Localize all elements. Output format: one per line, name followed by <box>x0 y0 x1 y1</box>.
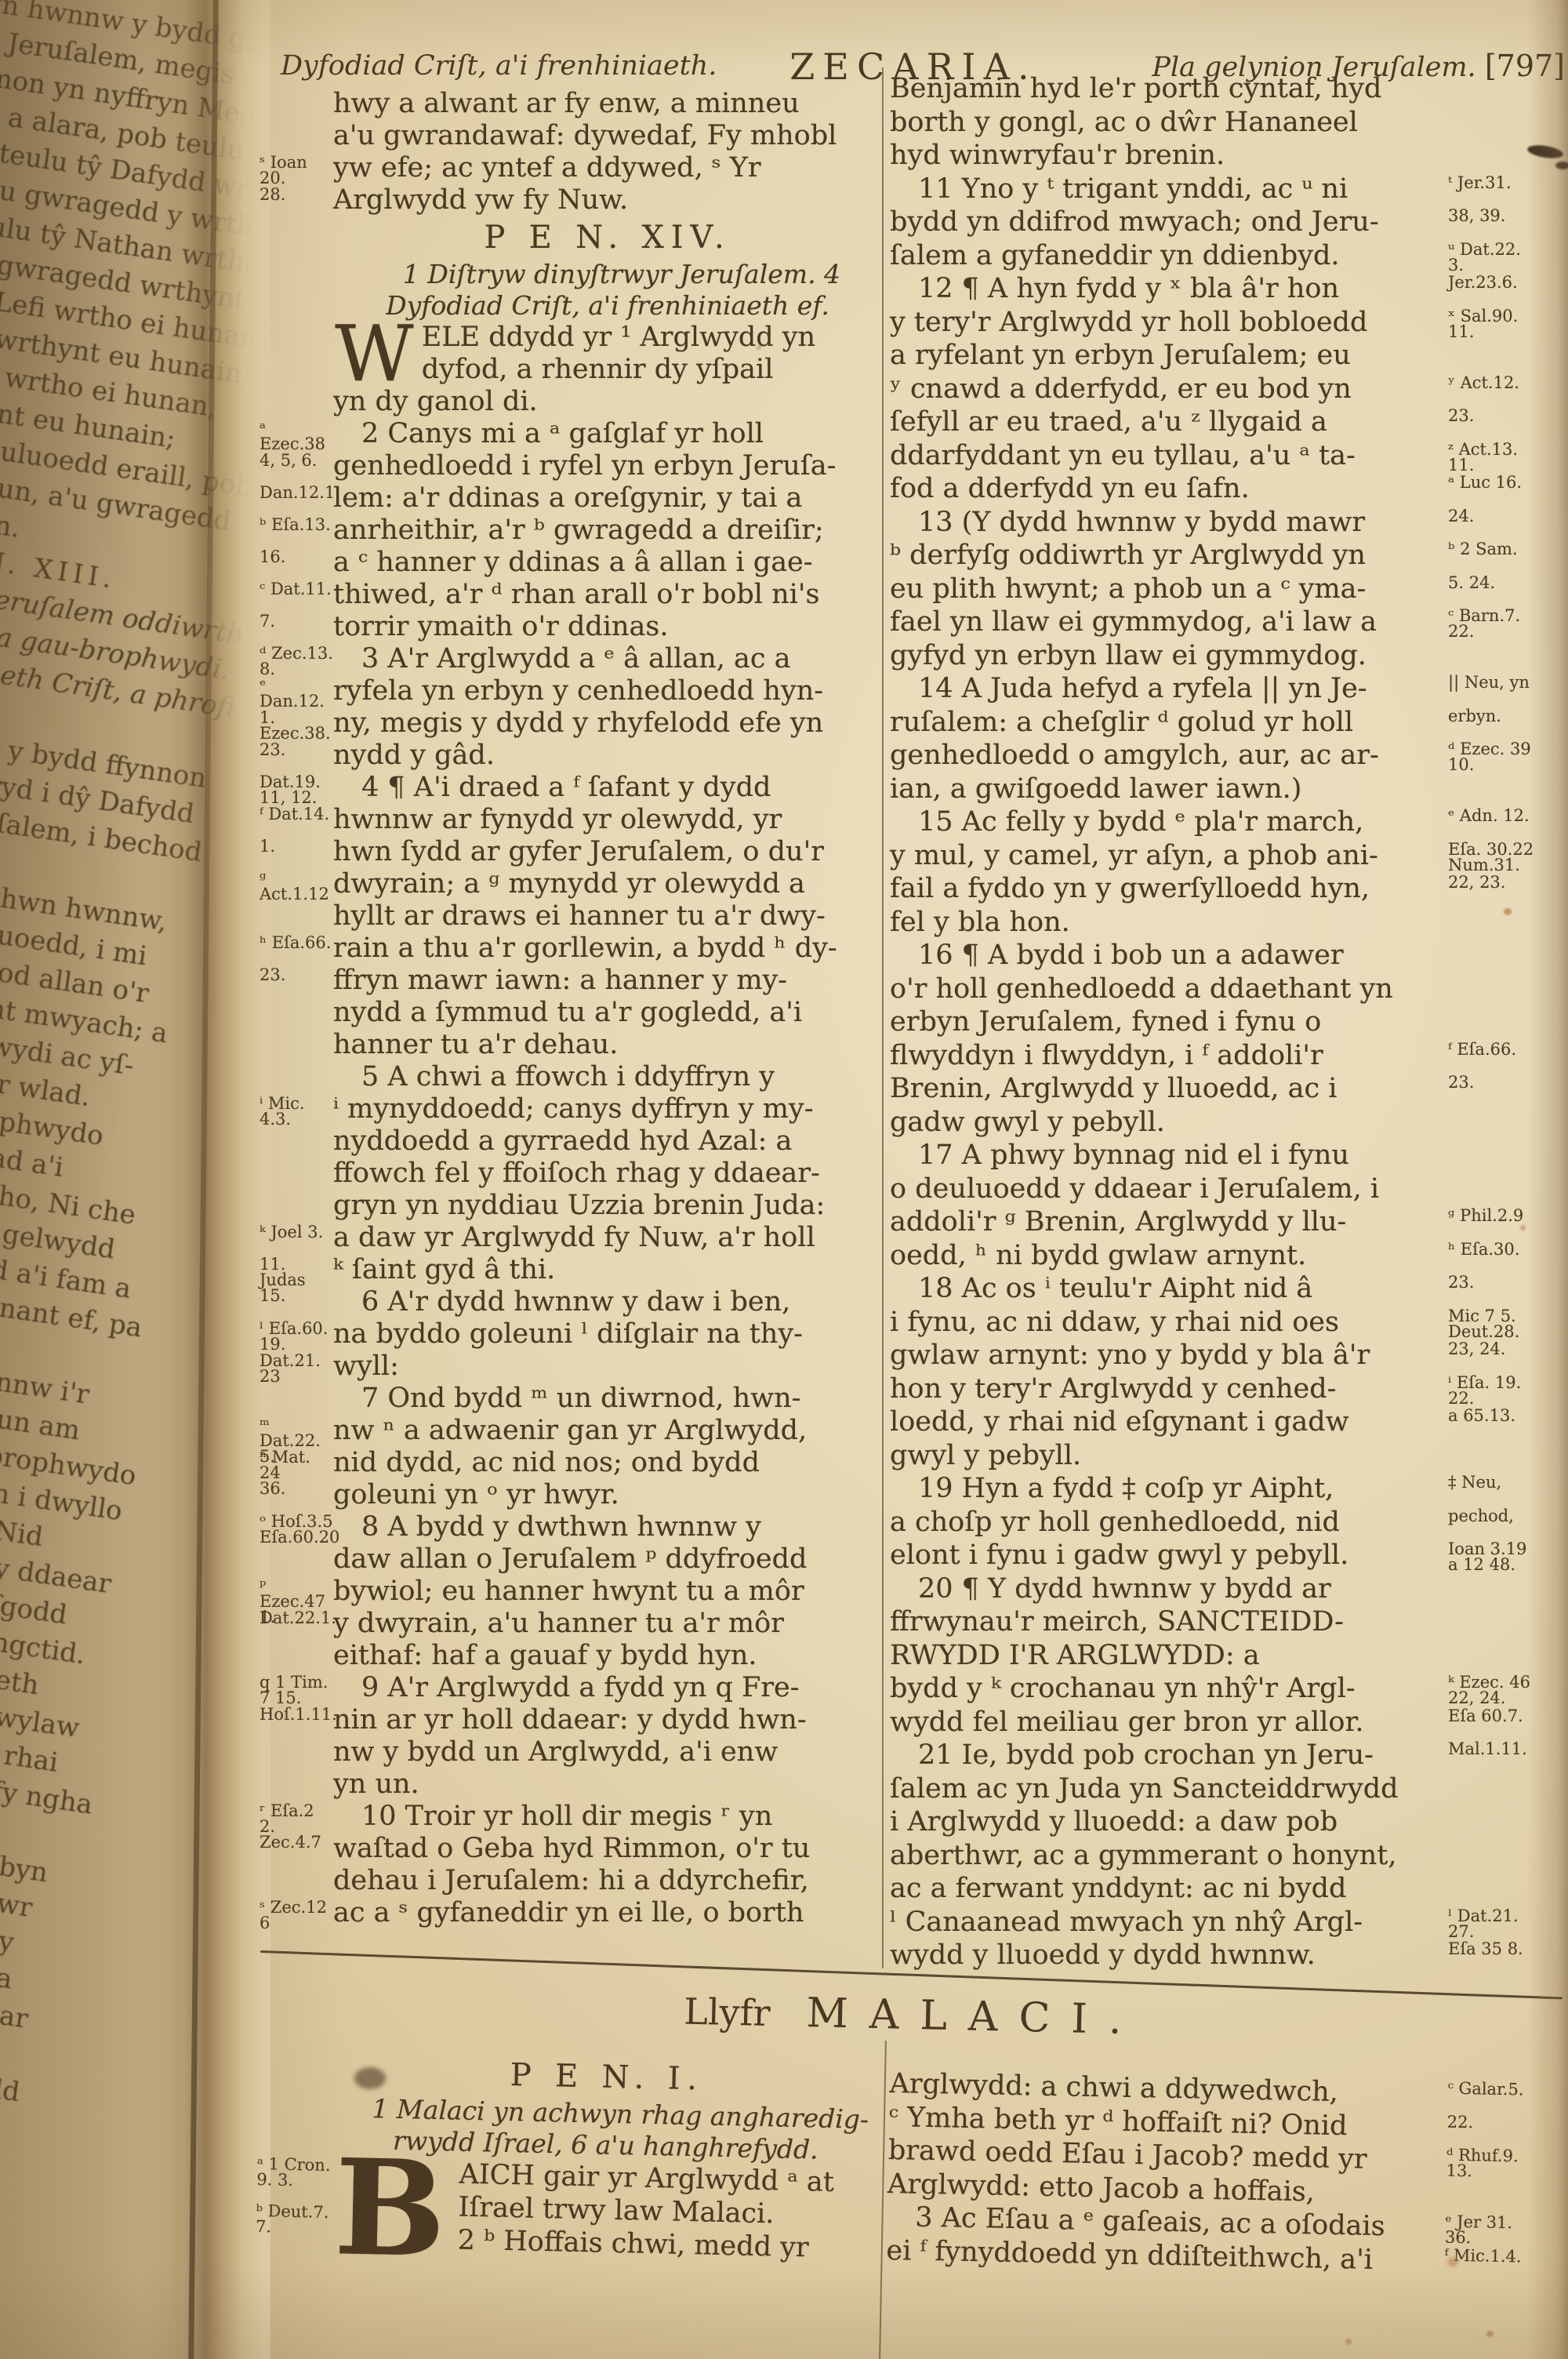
verse-line: 7 Ond bydd ᵐ un diwrnod, hwn- <box>333 1383 882 1415</box>
verse-row: eithaf: haf a gauaf y bydd hyn. <box>259 1640 882 1672</box>
verse-line: goleuni yn ᵒ yr hwyr. <box>333 1479 882 1511</box>
verse-row: o'r holl genhedloedd a ddaethant yn <box>890 972 1566 1006</box>
margin-note: 28. <box>259 184 333 216</box>
verse-row: ac a ferwant ynddynt: ac ni bydd <box>890 1872 1566 1906</box>
margin-note: ᵃ Luc 16. <box>1439 472 1566 506</box>
verse-line: ddarfyddant yn eu tyllau, a'u ᵃ ta- <box>890 439 1439 473</box>
verse-line: gryn yn nyddiau Uzzia brenin Juda: <box>333 1190 882 1222</box>
verse-line: a ryfelant yn erbyn Jeruſalem; eu <box>890 339 1439 373</box>
verse-line: rain a thu a'r gorllewin, a bydd ʰ dy- <box>333 932 882 965</box>
verse-row: ᵐ Dat.22. 5.nw ⁿ a adwaenir gan yr Arglw… <box>259 1415 882 1447</box>
verse-row: gwyl y pebyll. <box>890 1439 1566 1473</box>
verse-line: 8 A bydd y dwthwn hwnnw y <box>333 1511 882 1545</box>
verse-line: ˡ Canaanead mwyach yn nhŷ Argl- <box>890 1906 1439 1939</box>
verse-line: 2 Canys mi a ᵃ gaſglaf yr holl <box>333 418 882 452</box>
margin-note: Eſa 60.7. <box>1439 1706 1566 1739</box>
margin-note <box>1436 2178 1564 2214</box>
verse-line: fod a dderfydd yn eu ſafn. <box>890 472 1439 506</box>
verse-row: RWYDD I'R ARGLWYDD: a <box>890 1639 1566 1673</box>
margin-note: ᶜ Galar.5. <box>1438 2077 1566 2114</box>
margin-note <box>1439 906 1566 940</box>
verse-line: Brenin, Arglwydd y lluoedd, ac i <box>890 1072 1439 1106</box>
margin-note <box>1439 1639 1566 1673</box>
verse-row: ſefyll ar eu traed, a'u ᶻ llygaid a23. <box>890 405 1566 439</box>
verse-line: a daw yr Arglwydd fy Nuw, a'r holl <box>333 1222 882 1254</box>
margin-note: 24. <box>1439 506 1566 540</box>
margin-note: Dat.22.1. <box>259 1608 333 1640</box>
verse-line: erbyn Jeruſalem, fyned i fynu o <box>890 1005 1439 1039</box>
margin-note <box>259 997 333 1029</box>
margin-note: 7. <box>259 611 333 643</box>
verse-line: ac a ferwant ynddynt: ac ni bydd <box>890 1872 1439 1906</box>
verse-row: 13 (Y dydd hwnnw y bydd mawr24. <box>890 506 1566 540</box>
verse-line: ᵇ derfyſg oddiwrth yr Arglwydd yn <box>890 539 1439 572</box>
margin-note: ʸ Act.12. <box>1439 373 1566 406</box>
verse-row: 16 ¶ A bydd i bob un a adawer <box>890 939 1566 972</box>
verse-row: addoli'r ᵍ Brenin, Arglwydd y llu-ᵍ Phil… <box>890 1205 1566 1239</box>
margin-note: ᵃ Ezec.38 <box>259 418 333 452</box>
verse-row: hwy a alwant ar fy enw, a minneu <box>259 88 882 120</box>
margin-note: ˢ Ioan 20. <box>259 152 333 186</box>
margin-note: ᵒ Hoſ.3.5 Eſa.60.20 <box>259 1511 333 1545</box>
verse-row: i Arglwydd y lluoedd: a daw pob <box>890 1805 1566 1839</box>
margin-note: q 1 Tim. 7 15. <box>259 1672 333 1706</box>
chapter-argument: Dyfodiad Criſt, a'i frenhiniaeth ef. <box>333 290 882 322</box>
margin-note <box>257 2091 332 2124</box>
verse-row: ᶠ Dat.14.hwnnw ar fynydd yr olewydd, yr <box>259 804 882 836</box>
margin-note: ᵉ Adn. 12. <box>1439 805 1566 839</box>
verse-line: elont i fynu i gadw gwyl y pebyll. <box>890 1539 1439 1572</box>
chapter-argument: 1 Diſtryw dinyſtrwyr Jeruſalem. 4 <box>333 259 882 290</box>
margin-note: 22. <box>1437 2111 1565 2147</box>
verse-line: hwn ſydd ar gyfer Jeruſalem, o du'r <box>333 836 882 868</box>
verse-line: nyddoedd a gyrraedd hyd Azal: a <box>333 1125 882 1158</box>
drop-cap-letter: B <box>328 2155 459 2257</box>
margin-note: 23. <box>1439 1072 1566 1106</box>
verse-row: borth y gongl, ac o dŵr Hananeel <box>890 106 1566 140</box>
margin-note: 23. <box>259 965 333 997</box>
margin-note: 4, 5, 6. <box>259 450 333 482</box>
margin-note: ᵍ Act.1.12 <box>259 868 333 902</box>
verse-line: a ᶜ hanner y ddinas a â allan i gae- <box>333 547 882 579</box>
column-divider-rule <box>882 67 884 1968</box>
verse-line: a choſp yr holl genhedloedd, nid <box>890 1506 1439 1539</box>
verse-line: 11 Yno y ᵗ trigant ynddi, ac ᵘ ni <box>890 173 1439 206</box>
verse-row: ʳ Eſa.2 2. Zec.4.710 Troir yr holl dir m… <box>259 1801 882 1833</box>
verse-row: ʸ cnawd a dderfydd, er eu bod ynʸ Act.12… <box>890 373 1566 406</box>
margin-note <box>259 216 333 259</box>
verse-row: ian, a gwiſgoedd lawer iawn.) <box>890 772 1566 806</box>
verse-row: 17 A phwy bynnag nid el i fynu <box>890 1139 1566 1172</box>
margin-note: ᵃ 1 Cron. 9. 3. ᵇ Deut.7. 7. <box>254 2154 331 2254</box>
verse-row: gwlaw arnynt: yno y bydd y bla â'r23, 24… <box>890 1339 1566 1372</box>
verse-line: 5 A chwi a ffowch i ddyffryn y <box>333 1061 882 1093</box>
verse-row: 16.a ᶜ hanner y ddinas a â allan i gae- <box>259 547 882 579</box>
gutter-previous-page: thwn hwnnw y bydd gar yn Jeruſalem, megi… <box>0 0 270 2359</box>
verse-row: Brenin, Arglwydd y lluoedd, ac i23. <box>890 1072 1566 1106</box>
verse-row: 28.Arglwydd yw fy Nuw. <box>259 184 882 216</box>
previous-page-text: thwn hwnnw y bydd gar yn Jeruſalem, megi… <box>0 0 270 2332</box>
margin-note <box>1439 1439 1566 1473</box>
verse-line: 15 Ac felly y bydd ᵉ pla'r march, <box>890 805 1439 839</box>
verse-row: hyllt ar draws ei hanner tu a'r dwy- <box>259 900 882 932</box>
verse-row: yn un. <box>259 1768 882 1801</box>
verse-line: 12 ¶ A hyn fydd y ˣ bla â'r hon <box>890 272 1439 306</box>
verse-row: 4, 5, 6.genhedloedd i ryfel yn erbyn Jer… <box>259 450 882 482</box>
verse-line: ſalem ac yn Juda yn Sancteiddrwydd <box>890 1772 1439 1806</box>
verse-line: addoli'r ᵍ Brenin, Arglwydd y llu- <box>890 1205 1439 1239</box>
margin-note: || Neu, yn <box>1439 672 1566 706</box>
verse-line: hyd winwryfau'r brenin. <box>890 139 1439 173</box>
verse-row: waſtad o Geba hyd Rimmon, o'r tu <box>259 1833 882 1865</box>
margin-note: ᶠ Dat.14. <box>259 804 333 836</box>
verse-row: ⁱ Mic. 4.3.ⁱ mynyddoedd; canys dyffryn y… <box>259 1093 882 1125</box>
scanned-page: thwn hwnnw y bydd gar yn Jeruſalem, megi… <box>0 0 1568 2359</box>
margin-note <box>1439 1839 1566 1873</box>
verse-row: ᵇ derfyſg oddiwrth yr Arglwydd ynᵇ 2 Sam… <box>890 539 1566 572</box>
margin-note <box>259 88 333 120</box>
verse-row: ˡ Eſa.60. 19.na byddo goleuni ˡ diſglair… <box>259 1318 882 1350</box>
margin-note: Dat.21. 23 <box>259 1350 333 1384</box>
verse-row: hyd winwryfau'r brenin. <box>890 139 1566 173</box>
verse-line: waſtad o Geba hyd Rimmon, o'r tu <box>333 1833 882 1865</box>
margin-note: ˣ Sal.90. 11. <box>1439 306 1566 340</box>
verse-line: ffryn mawr iawn: a hanner y my- <box>333 965 882 997</box>
verse-row: ᵇ Eſa.13.anrheithir, a'r ᵇ gwragedd a dr… <box>259 514 882 547</box>
margin-note: ᵘ Dat.22. 3. <box>1439 239 1566 273</box>
verse-row: ᵍ Act.1.12dwyrain; a ᵍ mynydd yr olewydd… <box>259 868 882 900</box>
margin-note: Ioan 3.19 a 12 48. <box>1439 1539 1566 1572</box>
margin-note: 1. <box>259 836 333 868</box>
verse-row: hanner tu a'r dehau. <box>259 1029 882 1061</box>
margin-note: ᶠ Eſa.66. <box>1439 1039 1566 1073</box>
margin-note: ⁱ Mic. 4.3. <box>259 1093 333 1127</box>
verse-line: Benjamin hyd le'r porth cyntaf, hyd <box>890 72 1439 106</box>
verse-row: loedd, y rhai nid eſgynant i gadwa 65.13… <box>890 1405 1566 1439</box>
verse-line: 6 A'r dydd hwnnw y daw i ben, <box>333 1286 882 1318</box>
verse-row: elont i fynu i gadw gwyl y pebyll.Ioan 3… <box>890 1539 1566 1572</box>
margin-note: ᶠ Mic.1.4. <box>1435 2245 1563 2281</box>
verse-line: lem: a'r ddinas a oreſgynir, y tai a <box>333 482 882 514</box>
margin-note: ‡ Neu, <box>1439 1472 1566 1506</box>
margin-note <box>259 1158 333 1190</box>
verse-row: dehau i Jeruſalem: hi a ddyrchefir, <box>259 1865 882 1897</box>
verse-row: 1.hwn ſydd ar gyfer Jeruſalem, o du'r <box>259 836 882 868</box>
verse-line: y dwyrain, a'u hanner tu a'r môr <box>333 1608 882 1640</box>
verse-row: bydd yn ddifrod mwyach; ond Jeru-38, 39. <box>890 205 1566 239</box>
verse-line: wyll: <box>333 1350 882 1384</box>
verse-row: wydd fel meiliau ger bron yr allor.Eſa 6… <box>890 1706 1566 1739</box>
verse-line: y tery'r Arglwydd yr holl bobloedd <box>890 306 1439 340</box>
verse-line: hwnnw ar fynydd yr olewydd, yr <box>333 804 882 836</box>
verse-row: 1. Ezec.38.ny, megis y dydd y rhyfelodd … <box>259 707 882 740</box>
margin-note: erbyn. <box>1439 706 1566 740</box>
margin-note <box>1439 1172 1566 1206</box>
verse-row: WELE ddydd yr ¹ Arglwydd yndyfod, a rhen… <box>259 322 882 418</box>
verse-line: a'u gwrandawaf: dywedaf, Fy mhobl <box>333 120 882 152</box>
verse-row: fel y bla hon. <box>890 906 1566 940</box>
margin-note: Mic 7 5. Deut.28. <box>1439 1306 1566 1339</box>
verse-line: 4 ¶ A'i draed a ᶠ ſafant y dydd <box>333 772 882 805</box>
verse-line: yw efe; ac yntef a ddywed, ˢ Yr <box>333 152 882 186</box>
verse-row: ˢ Zec.12 6ac a ˢ gyfaneddir yn ei lle, o… <box>259 1897 882 1929</box>
verse-row: y mul, y camel, yr aſyn, a phob ani-Eſa.… <box>890 839 1566 873</box>
margin-note <box>1439 1572 1566 1606</box>
margin-note: 16. <box>259 547 333 579</box>
margin-note: ᵈ Zec.13. 8. <box>259 643 333 677</box>
verse-line: o'r holl genhedloedd a ddaethant yn <box>890 972 1439 1006</box>
verse-line: daw allan o Jeruſalem ᵖ ddyfroedd <box>333 1543 882 1576</box>
margin-note: ᵏ Joel 3. <box>259 1222 333 1254</box>
margin-note <box>259 1479 333 1511</box>
verse-line: 18 Ac os ⁱ teulu'r Aipht nid â <box>890 1272 1439 1306</box>
margin-note <box>259 1029 333 1061</box>
margin-note: Eſa 35 8. <box>1439 1939 1566 1972</box>
verse-line: ſefyll ar eu traed, a'u ᶻ llygaid a <box>890 405 1439 439</box>
verse-row: eu plith hwynt; a phob un a ᶜ yma-5. 24. <box>890 572 1566 606</box>
margin-note <box>259 322 333 418</box>
malachi-heading-word: MALACI. <box>806 1990 1143 2044</box>
margin-note: Dan.12.1. <box>259 482 333 514</box>
dropcap-paragraph: BAICH gair yr Arglwydd ᵃ atIſrael trwy l… <box>328 2155 880 2266</box>
verse-row: 11 Yno y ᵗ trigant ynddi, ac ᵘ niᵗ Jer.3… <box>890 173 1566 206</box>
verse-line: hanner tu a'r dehau. <box>333 1029 882 1061</box>
verse-row: wydd y lluoedd y dydd hwnnw.Eſa 35 8. <box>890 1939 1566 1972</box>
margin-note <box>259 259 333 290</box>
verse-row: ᶜ Dat.11.thiwed, a'r ᵈ rhan arall o'r bo… <box>259 579 882 611</box>
verse-line: ny, megis y dydd y rhyfelodd efe yn <box>333 707 882 741</box>
zechariah-left-column: hwy a alwant ar fy enw, a minneua'u gwra… <box>259 88 882 1929</box>
verse-line: 21 Ie, bydd pob crochan yn Jeru- <box>890 1739 1439 1772</box>
margin-note <box>259 1833 333 1865</box>
margin-note <box>259 1286 333 1318</box>
verse-row: fod a dderfydd yn eu ſafn.ᵃ Luc 16. <box>890 472 1566 506</box>
verse-row: aberthwr, ac a gymmerant o honynt, <box>890 1839 1566 1873</box>
verse-row: 15 Ac felly y bydd ᵉ pla'r march,ᵉ Adn. … <box>890 805 1566 839</box>
verse-line: oedd, ʰ ni bydd gwlaw arnynt. <box>890 1239 1439 1273</box>
verse-row: Dan.12.1.lem: a'r ddinas a oreſgynir, y … <box>259 482 882 514</box>
drop-cap-letter: W <box>333 322 422 386</box>
margin-note: a 65.13. <box>1439 1405 1566 1439</box>
verse-row: ᵖ Ezec.47 1.bywiol; eu hanner hwynt tu a… <box>259 1576 882 1608</box>
foxing-spot <box>1486 2331 1494 2337</box>
verse-line: RWYDD I'R ARGLWYDD: a <box>890 1639 1439 1673</box>
margin-note: 38, 39. <box>1439 205 1566 239</box>
margin-note: ⁱ Eſa. 19. 22. <box>1439 1372 1566 1406</box>
verse-line: bydd y ᵏ crochanau yn nhŷ'r Argl- <box>890 1672 1439 1706</box>
verse-line: ryfela yn erbyn y cenhedloedd hyn- <box>333 675 882 709</box>
margin-note: ᶻ Act.13. 11. <box>1439 439 1566 473</box>
margin-note: ᵉ Jer 31. 36. <box>1436 2211 1563 2247</box>
verse-row: o deuluoedd y ddaear i Jeruſalem, i <box>890 1172 1566 1206</box>
margin-note <box>1439 139 1566 173</box>
margin-note: ᶜ Dat.11. <box>259 579 333 611</box>
verse-row: q 1 Tim. 7 15.9 A'r Arglwydd a fydd yn q… <box>259 1672 882 1704</box>
verse-line: dehau i Jeruſalem: hi a ddyrchefir, <box>333 1865 882 1897</box>
verse-row: 5 A chwi a ffowch i ddyffryn y <box>259 1061 882 1093</box>
verse-row: ſalem a gyfaneddir yn ddienbyd.ᵘ Dat.22.… <box>890 239 1566 273</box>
verse-row: 14 A Juda hefyd a ryfela || yn Je-|| Neu… <box>890 672 1566 706</box>
verse-line: o deuluoedd y ddaear i Jeruſalem, i <box>890 1172 1439 1206</box>
verse-line: aberthwr, ac a gymmerant o honynt, <box>890 1839 1439 1873</box>
margin-note: Jer.23.6. <box>1439 272 1566 306</box>
verse-line: 13 (Y dydd hwnnw y bydd mawr <box>890 506 1439 540</box>
margin-note: ᶜ Barn.7. 22. <box>1439 605 1566 639</box>
margin-note <box>259 1383 333 1415</box>
verse-row: 23.nydd y gâd. <box>259 740 882 772</box>
verse-row: ⁿ Mat. 24 36.nid dydd, ac nid nos; ond b… <box>259 1447 882 1479</box>
verse-line: na byddo goleuni ˡ diſglair na thy- <box>333 1318 882 1352</box>
verse-row: gadw gwyl y pebyll. <box>890 1106 1566 1140</box>
verse-line: gyfyd yn erbyn llaw ei gymmydog. <box>890 639 1439 673</box>
margin-note <box>1439 339 1566 373</box>
verse-line: ſalem a gyfaneddir yn ddienbyd. <box>890 239 1439 273</box>
verse-row: daw allan o Jeruſalem ᵖ ddyfroedd <box>259 1543 882 1576</box>
verse-row: Hoſ.1.11.nin ar yr holl ddaear: y dydd h… <box>259 1704 882 1736</box>
margin-note: ˢ Zec.12 6 <box>259 1897 333 1931</box>
verse-row: nw y bydd un Arglwydd, a'i enw <box>259 1736 882 1768</box>
verse-row: gryn yn nyddiau Uzzia brenin Juda: <box>259 1190 882 1222</box>
verse-line: torrir ymaith o'r ddinas. <box>333 611 882 643</box>
foxing-spot <box>1345 2339 1352 2345</box>
verse-row: ᵈ Zec.13. 8.3 A'r Arglwydd a ᵉ â allan, … <box>259 643 882 675</box>
margin-note <box>1439 939 1566 972</box>
verse-line: nydd y gâd. <box>333 740 882 772</box>
margin-note: ᵏ Ezec. 46 22, 24. <box>1439 1672 1566 1706</box>
verse-row: Benjamin hyd le'r porth cyntaf, hyd <box>890 72 1566 106</box>
verse-line: hyllt ar draws ei hanner tu a'r dwy- <box>333 900 882 932</box>
margin-note <box>1439 1772 1566 1806</box>
verse-line: nw y bydd un Arglwydd, a'i enw <box>333 1736 882 1768</box>
verse-line: nydd a ſymmud tu a'r gogledd, a'i <box>333 997 882 1029</box>
verse-line: ac a ˢ gyfaneddir yn ei lle, o borth <box>333 1897 882 1931</box>
verse-line: hon y tery'r Arglwydd y cenhed- <box>890 1372 1439 1406</box>
margin-note <box>1439 106 1566 140</box>
verse-line: fel y bla hon. <box>890 906 1439 940</box>
verse-line: gadw gwyl y pebyll. <box>890 1106 1439 1140</box>
verse-line: nin ar yr holl ddaear: y dydd hwn- <box>333 1704 882 1736</box>
margin-note: pechod, <box>1439 1506 1566 1539</box>
malachi-heading-prefix: Llyfr <box>684 1990 771 2034</box>
verse-row: ddarfyddant yn eu tyllau, a'u ᵃ ta-ᶻ Act… <box>890 439 1566 473</box>
verse-line: thiwed, a'r ᵈ rhan arall o'r bobl ni's <box>333 579 882 611</box>
verse-row: Dat.21. 23wyll: <box>259 1350 882 1383</box>
verse-row: ruſalem: a cheſglir ᵈ golud yr hollerbyn… <box>890 706 1566 740</box>
margin-note: Hoſ.1.11. <box>259 1704 333 1736</box>
verse-line: ruſalem: a cheſglir ᵈ golud yr holl <box>890 706 1439 740</box>
margin-note <box>259 1125 333 1158</box>
verse-line: 20 ¶ Y dydd hwnnw y bydd ar <box>890 1572 1439 1606</box>
verse-row: fael yn llaw ei gymmydog, a'i law aᶜ Bar… <box>890 605 1566 639</box>
verse-row: gyfyd yn erbyn llaw ei gymmydog. <box>890 639 1566 673</box>
margin-note: 23. <box>259 740 333 772</box>
verse-line: ⁱ mynyddoedd; canys dyffryn y my- <box>333 1093 882 1127</box>
margin-note: Eſa. 30.22 Num.31. <box>1439 839 1566 873</box>
verse-row: ffowch fel y ffoiſoch rhag y ddaear- <box>259 1158 882 1190</box>
verse-row: goleuni yn ᵒ yr hwyr. <box>259 1479 882 1511</box>
margin-note: 5. 24. <box>1439 572 1566 606</box>
dropcap-paragraph: WELE ddydd yr ¹ Arglwydd yndyfod, a rhen… <box>333 322 882 418</box>
margin-note <box>256 2122 332 2155</box>
malachi-right-column: Arglwydd: a chwi a ddywedwch,ᶜ Galar.5.ᶜ… <box>886 2067 1566 2281</box>
verse-row: a ryfelant yn erbyn Jeruſalem; eu <box>890 339 1566 373</box>
margin-note <box>259 900 333 932</box>
margin-note: ᵈ Ezec. 39 10. <box>1439 739 1566 772</box>
margin-note <box>1439 1805 1566 1839</box>
verse-line: ffrwynau'r meirch, SANCTEIDD- <box>890 1605 1439 1639</box>
verse-row: ʰ Eſa.66.rain a thu a'r gorllewin, a byd… <box>259 932 882 965</box>
verse-row: i fynu, ac ni ddaw, y rhai nid oesMic 7 … <box>890 1306 1566 1339</box>
verse-line: eu plith hwynt; a phob un a ᶜ yma- <box>890 572 1439 606</box>
margin-note: ᵇ Eſa.13. <box>259 514 333 547</box>
verse-row: 11. Judas 15.ᵏ ſaint gyd â thi. <box>259 1254 882 1286</box>
verse-line: anrheithir, a'r ᵇ gwragedd a dreiſir; <box>333 514 882 547</box>
margin-note <box>259 1865 333 1897</box>
margin-note <box>1439 1005 1566 1039</box>
margin-note: ᵇ 2 Sam. <box>1439 539 1566 572</box>
verse-row: ˢ Ioan 20.yw efe; ac yntef a ddywed, ˢ Y… <box>259 152 882 184</box>
verse-row: ᵏ Joel 3.a daw yr Arglwydd fy Nuw, a'r h… <box>259 1222 882 1254</box>
verse-row: ᵒ Hoſ.3.5 Eſa.60.208 A bydd y dwthwn hwn… <box>259 1511 882 1543</box>
verse-row: Dat.22.1.y dwyrain, a'u hanner tu a'r mô… <box>259 1608 882 1640</box>
verse-row: nyddoedd a gyrraedd hyd Azal: a <box>259 1125 882 1158</box>
margin-note <box>259 1190 333 1222</box>
verse-line: loedd, y rhai nid eſgynant i gadw <box>890 1405 1439 1439</box>
verse-row: 20 ¶ Y dydd hwnnw y bydd ar <box>890 1572 1566 1606</box>
verse-line: bydd yn ddifrod mwyach; ond Jeru- <box>890 205 1439 239</box>
verse-row: ᵉ Dan.12.ryfela yn erbyn y cenhedloedd h… <box>259 675 882 707</box>
margin-note <box>1439 639 1566 673</box>
verse-row: a choſp yr holl genhedloedd, nidpechod, <box>890 1506 1566 1539</box>
margin-note <box>258 2048 333 2092</box>
margin-note: ˡ Eſa.60. 19. <box>259 1318 333 1352</box>
verse-row: 7.torrir ymaith o'r ddinas. <box>259 611 882 643</box>
margin-note: ᵈ Rhuf.9. 13. <box>1436 2144 1564 2180</box>
verse-row: ᵃ 1 Cron. 9. 3. ᵇ Deut.7. 7.BAICH gair y… <box>254 2154 880 2266</box>
verse-row: hon y tery'r Arglwydd y cenhed-ⁱ Eſa. 19… <box>890 1372 1566 1406</box>
verse-line: Arglwydd yw fy Nuw. <box>333 184 882 216</box>
verse-row: fail a fyddo yn y gwerſylloedd hyn,22, 2… <box>890 872 1566 906</box>
verse-line: hwy a alwant ar fy enw, a minneu <box>333 88 882 120</box>
margin-note <box>259 120 333 152</box>
verse-line: fael yn llaw ei gymmydog, a'i law a <box>890 605 1439 639</box>
margin-note: 23, 24. <box>1439 1339 1566 1372</box>
verse-row: 21 Ie, bydd pob crochan yn Jeru-Mal.1.11… <box>890 1739 1566 1772</box>
verse-line: 9 A'r Arglwydd a fydd yn q Fre- <box>333 1672 882 1706</box>
margin-note <box>259 1640 333 1672</box>
margin-note: 1. Ezec.38. <box>259 707 333 741</box>
verse-row: genhedloedd o amgylch, aur, ac ar-ᵈ Ezec… <box>890 739 1566 772</box>
verse-line: gwyl y pebyll. <box>890 1439 1439 1473</box>
verse-line: 14 A Juda hefyd a ryfela || yn Je- <box>890 672 1439 706</box>
verse-line: yn un. <box>333 1768 882 1801</box>
verse-row: ˡ Canaanead mwyach yn nhŷ Argl-ˡ Dat.21.… <box>890 1906 1566 1939</box>
verse-row: 6 A'r dydd hwnnw y daw i ben, <box>259 1286 882 1318</box>
verse-line: i Arglwydd y lluoedd: a daw pob <box>890 1805 1439 1839</box>
verse-line: 3 A'r Arglwydd a ᵉ â allan, ac a <box>333 643 882 677</box>
verse-row: ᵃ Ezec.382 Canys mi a ᵃ gaſglaf yr holl <box>259 418 882 450</box>
verse-row: Dat.19. 11, 12.4 ¶ A'i draed a ᶠ ſafant … <box>259 772 882 804</box>
margin-note: ᵉ Dan.12. <box>259 675 333 709</box>
verse-line: yn dy ganol di. <box>333 386 882 418</box>
verse-line: dwyrain; a ᵍ mynydd yr olewydd a <box>333 868 882 902</box>
margin-note: Dat.19. 11, 12. <box>259 772 333 805</box>
verse-line: wydd y lluoedd y dydd hwnnw. <box>890 1939 1439 1972</box>
margin-note: ˡ Dat.21. 27. <box>1439 1906 1566 1939</box>
verse-line: ian, a gwiſgoedd lawer iawn.) <box>890 772 1439 806</box>
margin-note: ᵍ Phil.2.9 <box>1439 1205 1566 1239</box>
verse-line: borth y gongl, ac o dŵr Hananeel <box>890 106 1439 140</box>
